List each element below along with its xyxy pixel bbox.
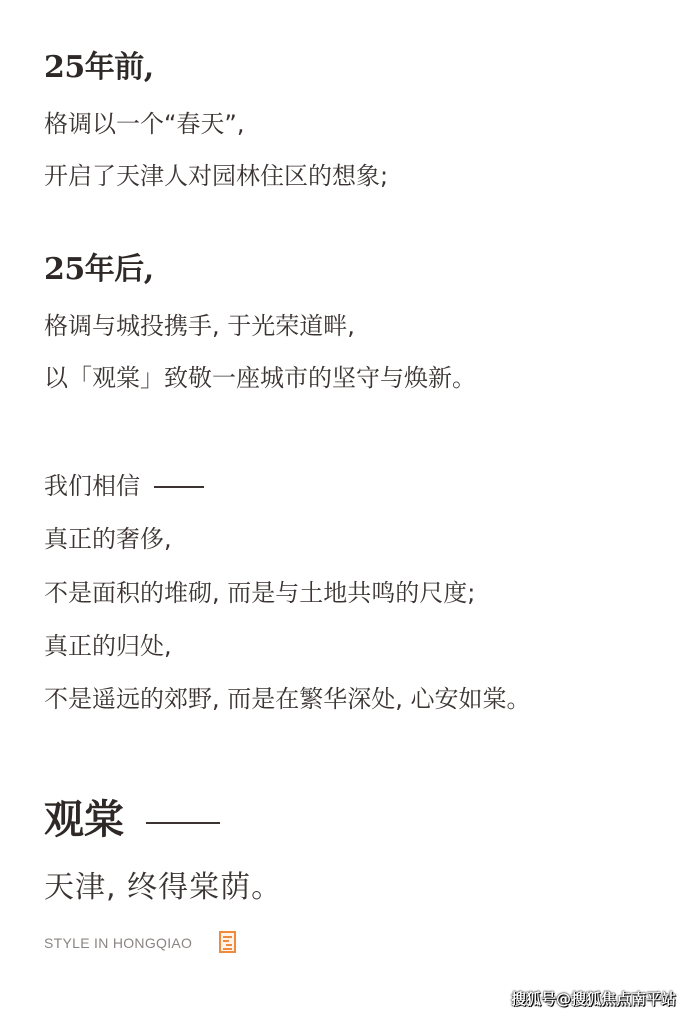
closing-title-row: 观棠 xyxy=(44,788,220,845)
seal-stamp-icon xyxy=(219,931,236,953)
section1-line-1: 格调以一个“春天”, xyxy=(44,104,245,139)
brand-text: STYLE IN HONGQIAO xyxy=(44,935,192,951)
em-dash xyxy=(146,822,220,824)
section3-line-3: 真正的归处, xyxy=(44,626,172,661)
article-page: 25年前, 格调以一个“春天”, 开启了天津人对园林住区的想象; 25年后, 格… xyxy=(44,0,690,1016)
section2-line-1: 格调与城投携手, 于光荣道畔, xyxy=(44,306,355,341)
closing-title: 观棠 xyxy=(44,796,124,843)
section3-line-4: 不是遥远的郊野, 而是在繁华深处, 心安如棠。 xyxy=(44,679,531,714)
section1-line-2: 开启了天津人对园林住区的想象; xyxy=(44,156,388,191)
section2-line-2: 以「观棠」致敬一座城市的坚守与焕新。 xyxy=(44,358,476,393)
section3-intro-text: 我们相信 xyxy=(44,472,140,500)
em-dash xyxy=(154,486,204,488)
section1-heading: 25年前, xyxy=(44,42,154,86)
section3-line-1: 真正的奢侈, xyxy=(44,519,172,554)
watermark: 搜狐号@搜狐焦点南平站 xyxy=(511,988,676,1009)
section3-line-2: 不是面积的堆砌, 而是与土地共鸣的尺度; xyxy=(44,573,475,608)
closing-line: 天津, 终得棠荫。 xyxy=(44,862,282,906)
section2-heading: 25年后, xyxy=(44,244,154,288)
section3-intro: 我们相信 xyxy=(44,466,204,501)
